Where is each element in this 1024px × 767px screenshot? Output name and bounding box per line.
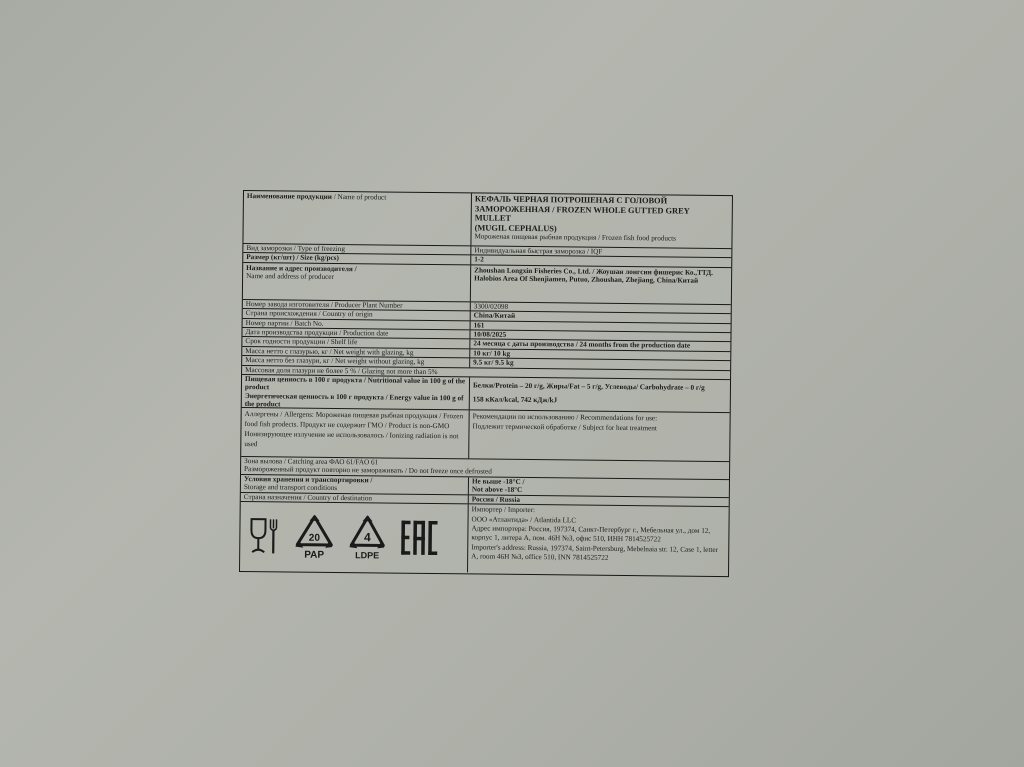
- symbols-area: 20 PAP 4 LDPE: [240, 502, 469, 572]
- row-producer: Название и адрес производителя / Name an…: [243, 263, 731, 305]
- nutrition-label: Пищевая ценность в 100 г продукта / Nutr…: [245, 375, 465, 392]
- importer-address-en: Importer's address: Russia, 197374, Sain…: [471, 543, 725, 564]
- ionizing-text: Ионизирующее излучение не использовалось…: [244, 429, 465, 451]
- svg-text:20: 20: [309, 533, 321, 544]
- storage-value-ru: Не выше -18°С /: [472, 477, 525, 486]
- energy-label: Энергетическая ценность в 100 г продукта…: [245, 392, 464, 409]
- row-symbols-importer: 20 PAP 4 LDPE: [240, 502, 729, 575]
- recycle-pap-icon: 20 PAP: [294, 514, 334, 560]
- origin-value: China/Китай: [474, 312, 516, 320]
- destination-value: Россия / Russia: [472, 495, 520, 504]
- shelf-life-value: 24 месяца с даты производства / 24 month…: [473, 340, 690, 350]
- svg-text:PAP: PAP: [304, 550, 324, 560]
- batch-value: 161: [474, 321, 485, 329]
- allergens-text: Аллергены / Allergens: Мороженая пищевая…: [244, 409, 465, 431]
- size-label: Размер (кг/шт) / Size (kg/pcs): [246, 253, 339, 262]
- recommendations-value: Подлежит термической обработке / Subject…: [472, 421, 726, 434]
- eac-mark-icon: [400, 519, 438, 557]
- recycle-ldpe-icon: 4 LDPE: [348, 514, 386, 560]
- producer-label-en: Name and address of producer: [246, 272, 467, 283]
- net-weight-no-glazing-value: 9.5 кг/ 9.5 kg: [473, 359, 513, 367]
- product-name-label-en: / Name of product: [332, 193, 386, 202]
- importer-block: Импортер / Importer: ООО «Атлантида» / A…: [468, 504, 729, 575]
- product-label: Наименование продукции / Name of product…: [239, 190, 733, 577]
- row-allergens: Аллергены / Allergens: Мороженая пищевая…: [241, 408, 729, 462]
- energy-value: 158 кКал/kcal, 742 кДж/kJ: [473, 396, 557, 405]
- food-contact-icon: [248, 516, 280, 556]
- storage-value-en: Not above -18°С: [472, 486, 522, 495]
- row-product-name: Наименование продукции / Name of product…: [243, 191, 732, 249]
- size-value: 1-2: [474, 256, 484, 264]
- net-weight-glazing-value: 10 кг/ 10 kg: [473, 349, 510, 357]
- svg-text:LDPE: LDPE: [355, 550, 379, 560]
- production-date-value: 10/08/2025: [473, 330, 506, 338]
- product-name-line-5: Мороженая пищевая рыбная продукция / Fro…: [474, 233, 728, 244]
- nutrition-value: Белки/Protein – 20 г/g, Жиры/Fat – 5 г/g…: [473, 381, 705, 391]
- importer-address-ru: Адрес импортера: Россия, 197374, Санкт-П…: [471, 524, 725, 545]
- product-name-label-ru: Наименование продукции: [247, 192, 332, 201]
- svg-text:4: 4: [364, 530, 371, 544]
- row-nutrition: Пищевая ценность в 100 г продукта / Nutr…: [242, 375, 730, 413]
- producer-address: Halobios Area Of Shenjiamen, Putuo, Zhou…: [474, 275, 698, 285]
